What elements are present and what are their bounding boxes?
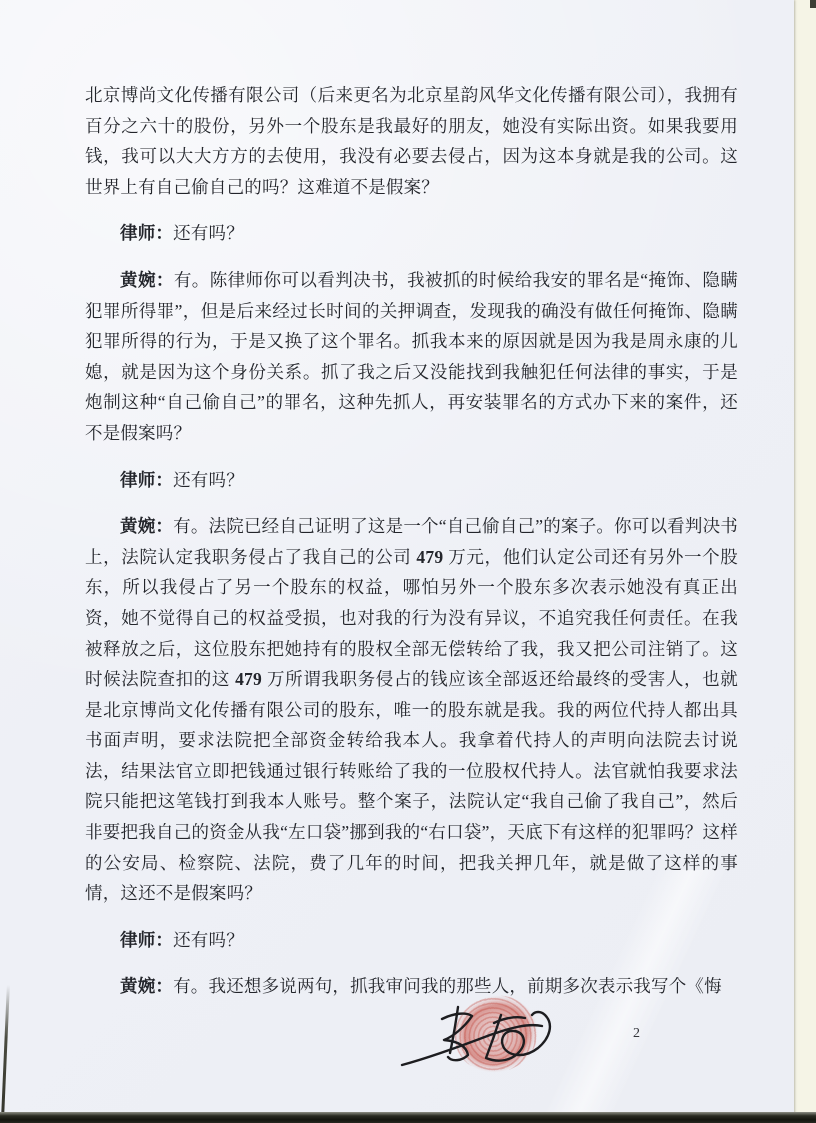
- dialogue-paragraph: 律师：还有吗？: [85, 925, 738, 956]
- scanner-bottom-edge: [0, 1112, 816, 1123]
- amount-value: 479: [235, 669, 262, 689]
- scanned-page: 北京博尚文化传播有限公司（后来更名为北京星韵风华文化传播有限公司），我拥有百分之…: [0, 0, 816, 1123]
- speaker-name: 律师：: [120, 223, 173, 243]
- speaker-name: 律师：: [120, 930, 173, 950]
- speaker-name: 黄婉：: [120, 270, 174, 290]
- transcript-body: 北京博尚文化传播有限公司（后来更名为北京星韵风华文化传播有限公司），我拥有百分之…: [85, 80, 738, 1018]
- scanner-corner-mark: [810, 0, 816, 8]
- signature-block: [398, 995, 578, 1087]
- dialogue-paragraph: 律师：还有吗？: [85, 465, 738, 496]
- page-number: 2: [633, 1026, 640, 1042]
- paragraph: 北京博尚文化传播有限公司（后来更名为北京星韵风华文化传播有限公司），我拥有百分之…: [85, 80, 738, 202]
- speaker-name: 黄婉：: [120, 976, 173, 996]
- speaker-name: 律师：: [120, 470, 173, 490]
- dialogue-paragraph: 律师：还有吗？: [85, 218, 738, 249]
- dialogue-paragraph: 黄婉：有。陈律师你可以看判决书，我被抓的时候给我安的罪名是“掩饰、隐瞒犯罪所得罪…: [85, 265, 738, 449]
- speaker-name: 黄婉：: [120, 516, 173, 536]
- dialogue-paragraph: 黄婉：有。法院已经自己证明了这是一个“自己偷自己”的案子。你可以看判决书上，法院…: [85, 511, 738, 909]
- amount-value: 479: [416, 547, 443, 567]
- handwritten-signature-icon: [398, 995, 578, 1087]
- paper-sheet: 北京博尚文化传播有限公司（后来更名为北京星韵风华文化传播有限公司），我拥有百分之…: [0, 0, 794, 1114]
